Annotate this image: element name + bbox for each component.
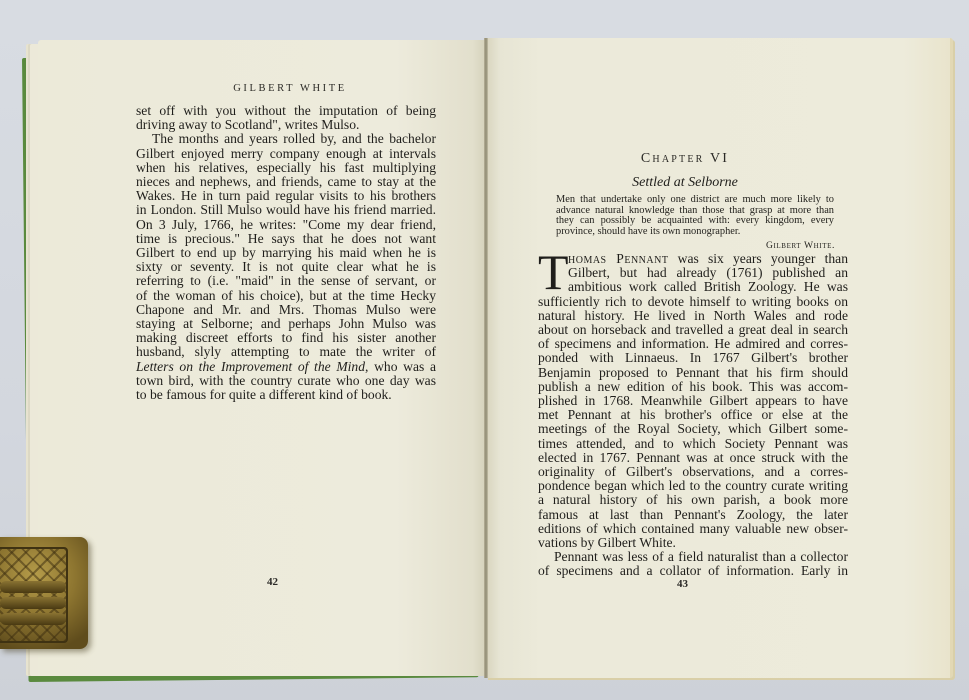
brass-book-weight	[0, 537, 88, 649]
weight-bar	[0, 581, 66, 593]
text-line: Gilbert enjoyed merry company enough at …	[136, 147, 436, 161]
text-line: Pennant was less of a field naturalist t…	[538, 550, 848, 564]
text-line: elected in 1767. Pennant was at once str…	[538, 451, 848, 465]
text-line: vations by Gilbert White.	[538, 536, 848, 550]
text-line: making discreet efforts to find his sist…	[136, 331, 436, 345]
epigraph-line: province, should have its own monographe…	[556, 227, 834, 238]
chapter-number: Chapter VI	[530, 151, 840, 167]
text-line: plished in 1768. Meanwhile Gilbert appea…	[538, 394, 848, 408]
text-line: when his relatives, especially his fast …	[136, 161, 436, 175]
text-line: pondence began which led to the country …	[538, 479, 848, 493]
text-line: Gilbert, but had already (1761) publishe…	[538, 266, 848, 280]
text-line: to be famous for quite a different kind …	[136, 388, 436, 402]
epigraph: Men that undertake only one district are…	[556, 195, 834, 237]
text-line: meetings of the Royal Society, which Gil…	[538, 422, 848, 436]
text-line: ambitious work called British Zoology. H…	[538, 280, 848, 294]
text-line: husband, slyly attempting to mate the wr…	[136, 345, 436, 359]
text-line: homas Pennant was six years younger than	[538, 252, 848, 266]
text-line: famous at last than Pennant's Zoology, t…	[538, 508, 848, 522]
text-line: Wakes. He in turn paid regular visits to…	[136, 189, 436, 203]
text-line: town bird, with the country curate who o…	[136, 374, 436, 388]
text-line: staying at Selborne; and perhaps John Mu…	[136, 317, 436, 331]
text-line: editions of which contained many valuabl…	[538, 522, 848, 536]
text-line: The months and years rolled by, and the …	[136, 132, 436, 146]
text-line: Chapone and Mr. and Mrs. Thomas Mulso we…	[136, 303, 436, 317]
text-line: nieces and nephews, and friends, came to…	[136, 175, 436, 189]
chapter-title: Settled at Selborne	[530, 175, 840, 191]
text-line: in London. Still Mulso would have his fr…	[136, 203, 436, 217]
text-line: of specimens and a collator of informati…	[538, 564, 848, 578]
weight-bar	[0, 597, 66, 609]
text-line: On 3 July, 1766, he writes: "Come my dea…	[136, 218, 436, 232]
text-line: times attended, and to which Society Pen…	[538, 437, 848, 451]
text-line: sufficiently rich to devote himself to w…	[538, 295, 848, 309]
book-gutter	[484, 38, 488, 678]
text-line: Benjamin proposed to Pennant that his fi…	[538, 366, 848, 380]
weight-lattice	[0, 547, 68, 643]
text-line: ponded with Linnaeus. In 1767 Gilbert's …	[538, 351, 848, 365]
text-line: about on horseback and travelled a great…	[538, 323, 848, 337]
epigraph-attribution: Gilbert White.	[690, 240, 835, 251]
text-line: natural history. He lived in North Wales…	[538, 309, 848, 323]
text-line: Gilbert to end up by marrying his maid w…	[136, 246, 436, 260]
text-line: a natural history of his own parish, a b…	[538, 493, 848, 507]
book-photo: GILBERT WHITE set off with you without t…	[0, 0, 969, 700]
text-line: of the woman of his choice), but at the …	[136, 289, 436, 303]
text-line: time is precious." He says that he does …	[136, 232, 436, 246]
text-line: of specimens and information. He admired…	[538, 337, 848, 351]
epigraph-line: Men that undertake only one district are…	[556, 195, 834, 206]
text-line: publish a new edition of his book. This …	[538, 380, 848, 394]
text-line: referring to (i.e. "maid" in the sense o…	[136, 274, 436, 288]
text-line: set off with you without the imputation …	[136, 104, 436, 118]
page-number-left: 42	[267, 576, 278, 588]
left-page-body: set off with you without the imputation …	[136, 104, 436, 402]
right-page-body: homas Pennant was six years younger than…	[538, 252, 848, 579]
book-title-italic: Letters on the Improvement of the Mind	[136, 359, 365, 374]
weight-bar	[0, 613, 66, 625]
text-line: originality of Gilbert's observations, a…	[538, 465, 848, 479]
text-line: Letters on the Improvement of the Mind, …	[136, 360, 436, 374]
text-line: sixty or seventy. It is not quite clear …	[136, 260, 436, 274]
dropcap-paragraph: homas Pennant was six years younger than…	[538, 252, 848, 295]
running-head: GILBERT WHITE	[140, 83, 440, 94]
text-line: met Pennant at his brother's office or e…	[538, 408, 848, 422]
text-line: driving away to Scotland", writes Mulso.	[136, 118, 436, 132]
page-number-right: 43	[677, 578, 688, 590]
